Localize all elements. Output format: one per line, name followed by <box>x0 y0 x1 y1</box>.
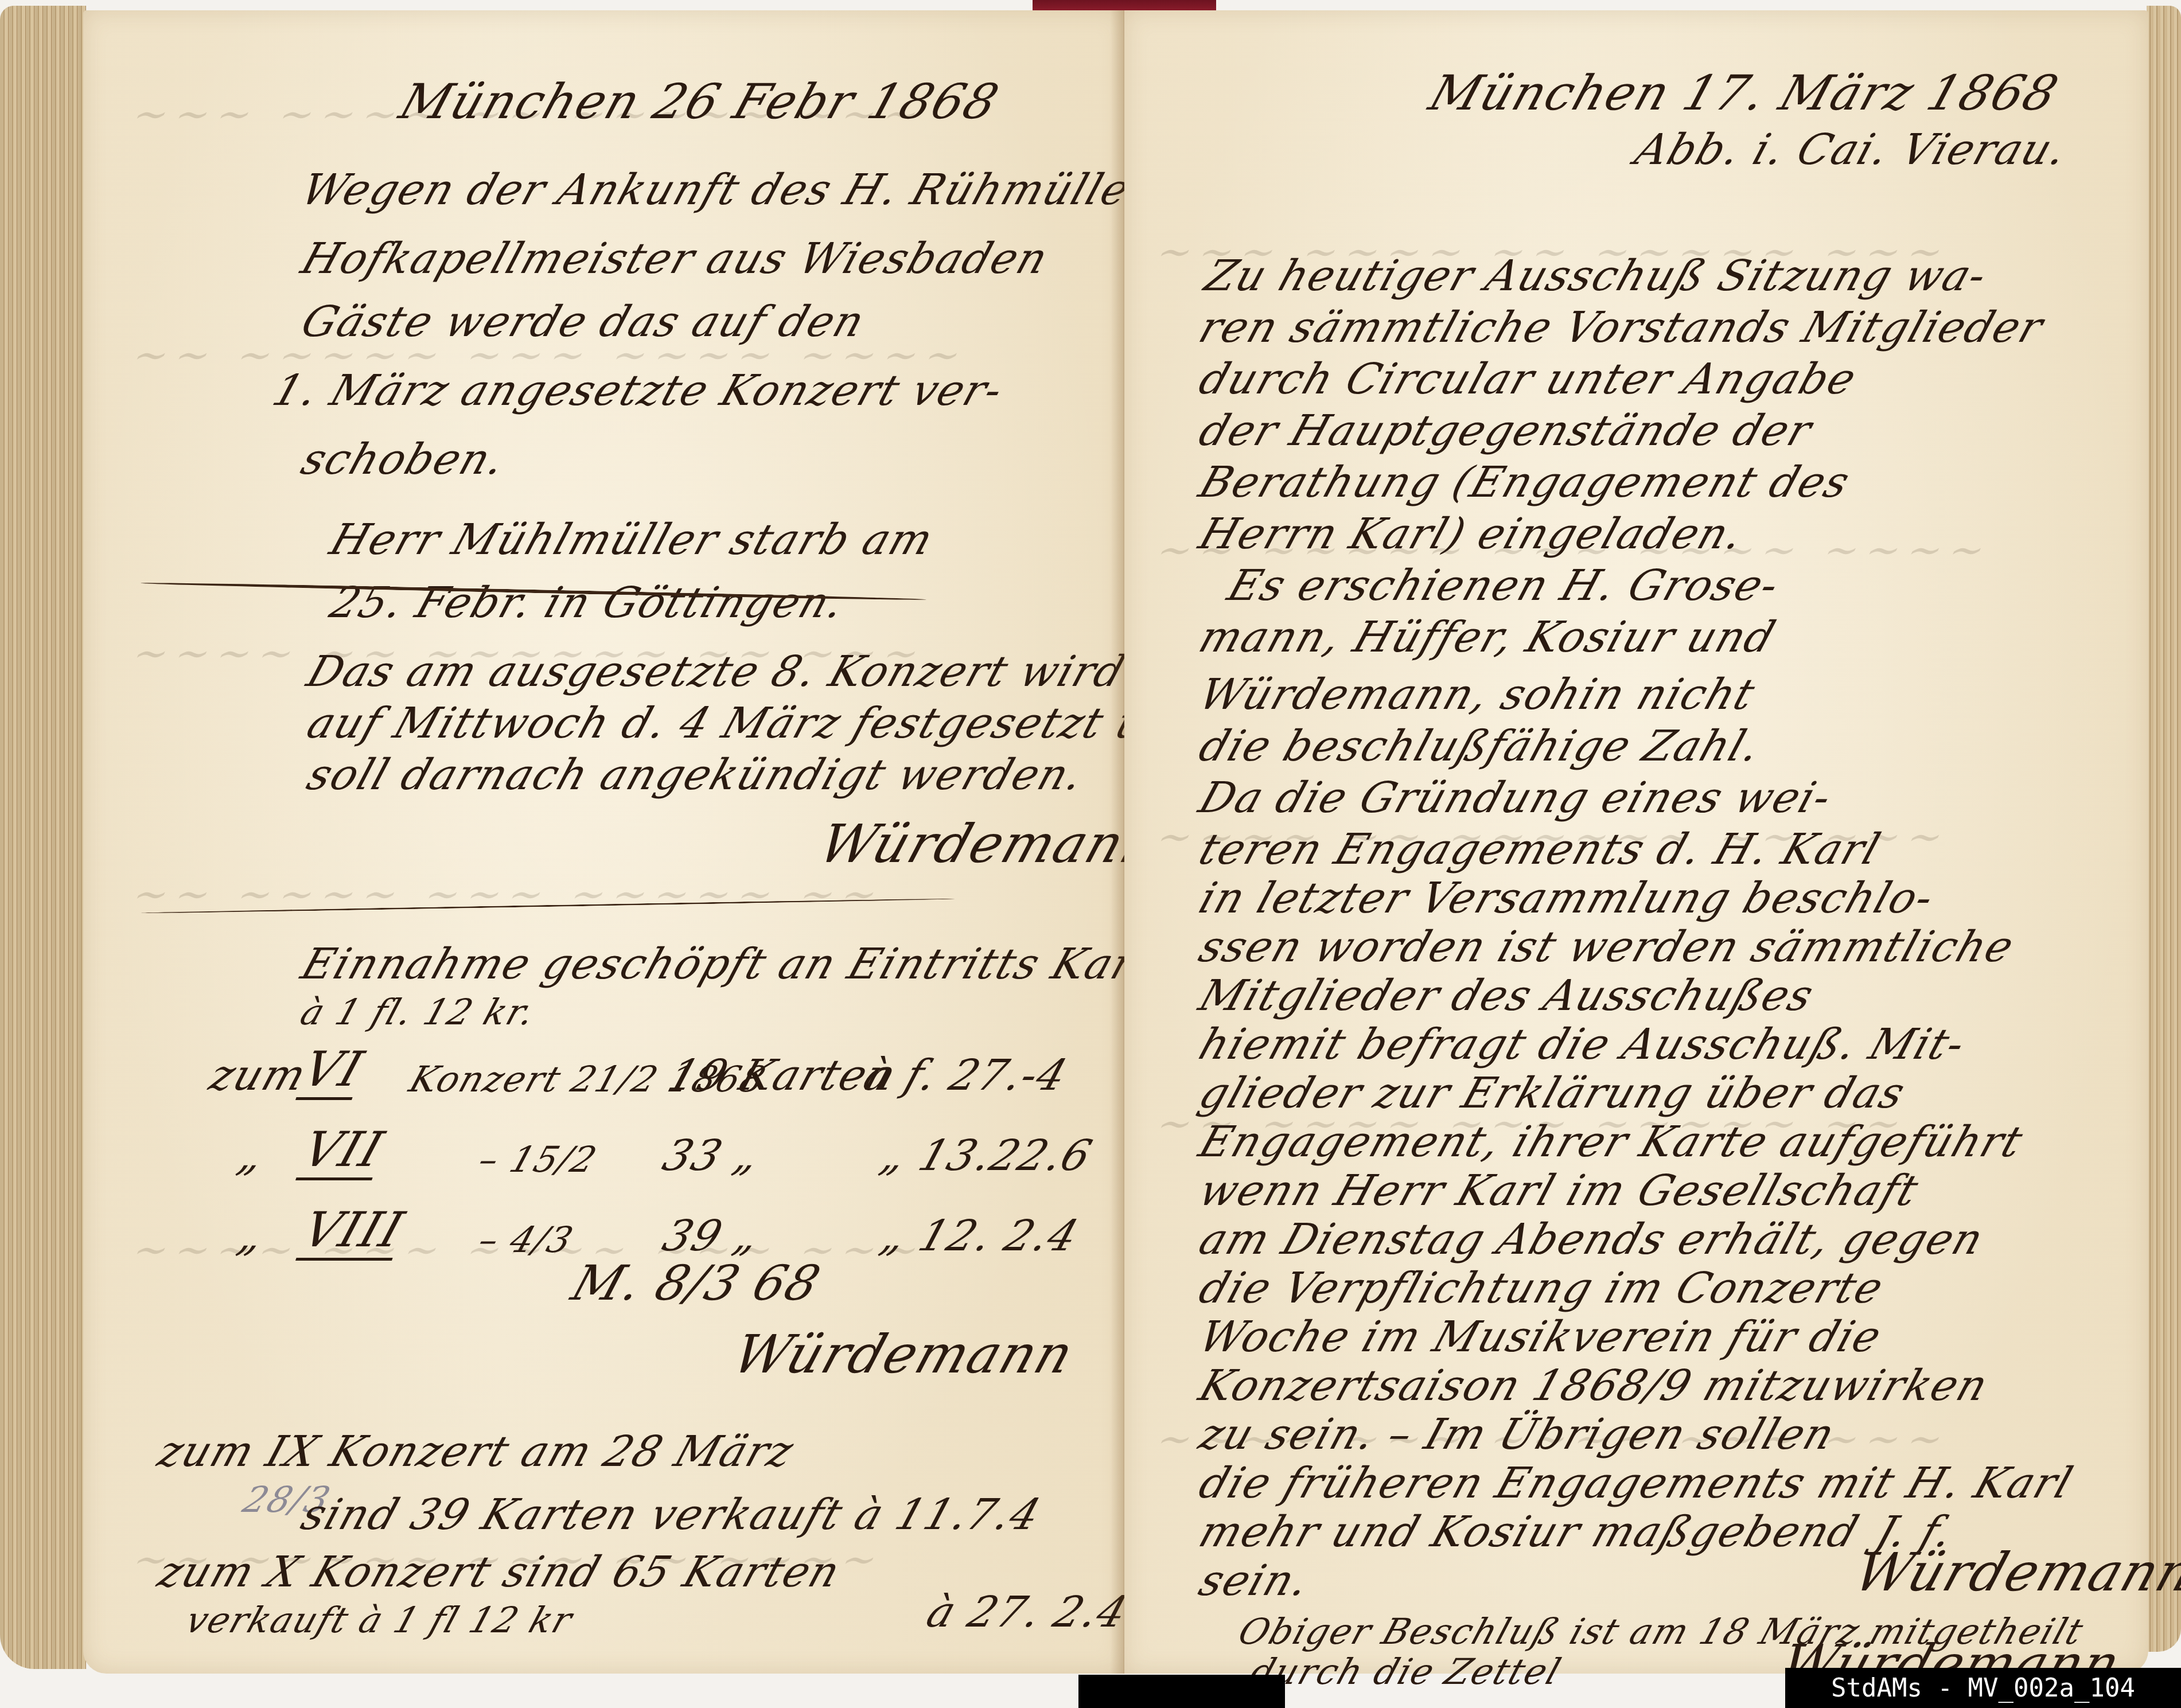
ledger-row: „ VIII – 4/3 39 „ „ 12. 2.4 <box>83 1198 1124 1261</box>
entry-line: Konzertsaison 1868/9 mitzuwirken <box>1193 1361 1995 1410</box>
ledger-amount: „ 12. 2.4 <box>875 1211 1085 1261</box>
entry-line: ren sämmtliche Vorstands Mitglieder <box>1193 303 2050 352</box>
entry-line: Da die Gründung eines wei- <box>1193 773 1839 822</box>
entry-line: mann, Hüffer, Kosiur und <box>1193 613 1782 662</box>
entry-line: Herr Mühlmüller starb am <box>324 515 940 564</box>
ledger-row: „ VII – 15/2 33 „ „ 13.22.6 <box>83 1117 1124 1180</box>
entry-line: mehr und Kosiur maßgebend <box>1193 1507 1865 1557</box>
ledger-count: 39 „ <box>657 1211 767 1261</box>
entry-line: Engagement, ihrer Karte aufgeführt <box>1193 1117 2030 1167</box>
entry-line: der Hauptgegenstände der <box>1193 406 1818 455</box>
left-page: ~~~ ~~~~ ~~ ~~~~~ ~~~ ~~ ~~~~~ ~~~ ~~~~ … <box>83 10 1124 1674</box>
ledger-count: 33 „ <box>657 1131 767 1180</box>
entry-line: durch die Zettel <box>1245 1651 1567 1693</box>
entry-line: die früheren Engagements mit H. Karl <box>1193 1459 2079 1508</box>
entry-line: durch Circular unter Angabe <box>1193 354 1863 404</box>
entry-line: in letzter Versammlung beschlo- <box>1193 874 1941 923</box>
entry-line: die beschlußfähige Zahl. <box>1193 722 1767 771</box>
ledger-detail: – 4/3 <box>473 1219 579 1261</box>
entry-line: Woche im Musikverein für die <box>1193 1312 1888 1362</box>
entry-line: à 1 fl. 12 kr. <box>295 991 541 1033</box>
archive-label: StdAMs - MV_002a_104 <box>1785 1668 2181 1708</box>
archive-label-text: StdAMs - MV_002a_104 <box>1831 1674 2135 1703</box>
entry-line: Einnahme geschöpft an Eintritts Karten <box>295 939 1215 989</box>
entry-line: sind 39 Karten verkauft à 11.7.4 <box>295 1490 1047 1539</box>
signature: Würdemann <box>1847 1542 2181 1603</box>
entry-amount: à 27. 2.4 <box>921 1588 1134 1637</box>
entry-line: Das am ausgesetzte 8. Konzert wird <box>301 647 1132 696</box>
page-edges-right <box>2147 6 2181 1652</box>
entry-line: Wegen der Ankunft des H. Rühmüller <box>295 165 1158 215</box>
spine-shadow <box>1078 1675 1285 1708</box>
entry-line: zu sein. – Im Übrigen sollen <box>1193 1410 1841 1459</box>
ledger-detail: – 15/2 <box>473 1138 603 1180</box>
entry-line: Herrn Karl) eingeladen. <box>1193 509 1750 559</box>
entry-line: Gäste werde das auf den <box>295 297 871 346</box>
entry-line: 1. März angesetzte Konzert ver- <box>267 366 1010 415</box>
right-page: ~~~ ~~~~ ~~ ~~~~~ ~~~ ~~ ~~~~~ ~~~ ~~~~ … <box>1124 10 2148 1674</box>
minutes-body: Zu heutiger Ausschuß Sitzung wa- ren säm… <box>1124 10 2148 1674</box>
entry-line: teren Engagements d. H. Karl <box>1193 825 1887 874</box>
ledger-date-note: M. 8/3 68 <box>565 1255 828 1311</box>
section-divider <box>141 898 955 914</box>
entry-line: hiemit befragt die Ausschuß. Mit- <box>1193 1020 1972 1069</box>
ledger-concert-number: VII <box>295 1121 391 1180</box>
entry-line: schoben. <box>295 435 512 484</box>
entry-line: wenn Herr Karl im Gesellschaft <box>1193 1166 1925 1215</box>
entry-line: am Dienstag Abends erhält, gegen <box>1193 1215 1990 1264</box>
entry-line: Zu heutiger Ausschuß Sitzung wa- <box>1199 251 1994 301</box>
entry-line: Berathung (Engagement des <box>1193 458 1856 507</box>
ledger-row: zum VI Konzert 21/2 1868 19 Karten à f. … <box>83 1037 1124 1100</box>
page-edges-left <box>0 6 86 1669</box>
entry-line: Es erschienen H. Grose- <box>1222 561 1786 610</box>
entry-line: glieder zur Erklärung über das <box>1193 1069 1912 1118</box>
entry-line: 25. Febr. in Göttingen. <box>324 578 852 627</box>
entry-line: Würdemann, sohin nicht <box>1193 670 1762 719</box>
entry-date-heading: München 26 Febr 1868 <box>393 73 1006 130</box>
entry-line: zum X Konzert sind 65 Karten <box>152 1547 847 1597</box>
ledger-concert-number: VI <box>295 1041 371 1100</box>
ledger-amount: „ 13.22.6 <box>875 1131 1099 1180</box>
entry-line: zum IX Konzert am 28 März <box>152 1427 800 1476</box>
ledger-label: zum <box>204 1051 313 1100</box>
entry-line: soll darnach angekündigt werden. <box>301 750 1090 800</box>
entry-line: ssen worden ist werden sämmtliche <box>1193 922 2021 972</box>
ledger-amount: à f. 27.-4 <box>858 1051 1074 1100</box>
book-spread: ~~~ ~~~~ ~~ ~~~~~ ~~~ ~~ ~~~~~ ~~~ ~~~~ … <box>0 0 2181 1680</box>
ledger-concert-number: VIII <box>295 1202 411 1261</box>
entry-line: Hofkapellmeister aus Wiesbaden <box>295 234 1055 283</box>
entry-line: verkauft à 1 fl 12 kr <box>181 1599 578 1641</box>
ledger-label: „ <box>232 1131 271 1180</box>
signature: Würdemann <box>726 1324 1082 1385</box>
entry-line: auf Mittwoch d. 4 März festgesetzt und <box>301 699 1210 748</box>
entry-line: sein. <box>1193 1556 1317 1605</box>
entry-line: die Verpflichtung im Conzerte <box>1193 1264 1890 1313</box>
ledger-label: „ <box>232 1211 271 1261</box>
ledger-table: zum VI Konzert 21/2 1868 19 Karten à f. … <box>83 1037 1124 1278</box>
entry-line: Mitglieder des Ausschußes <box>1193 971 1820 1020</box>
